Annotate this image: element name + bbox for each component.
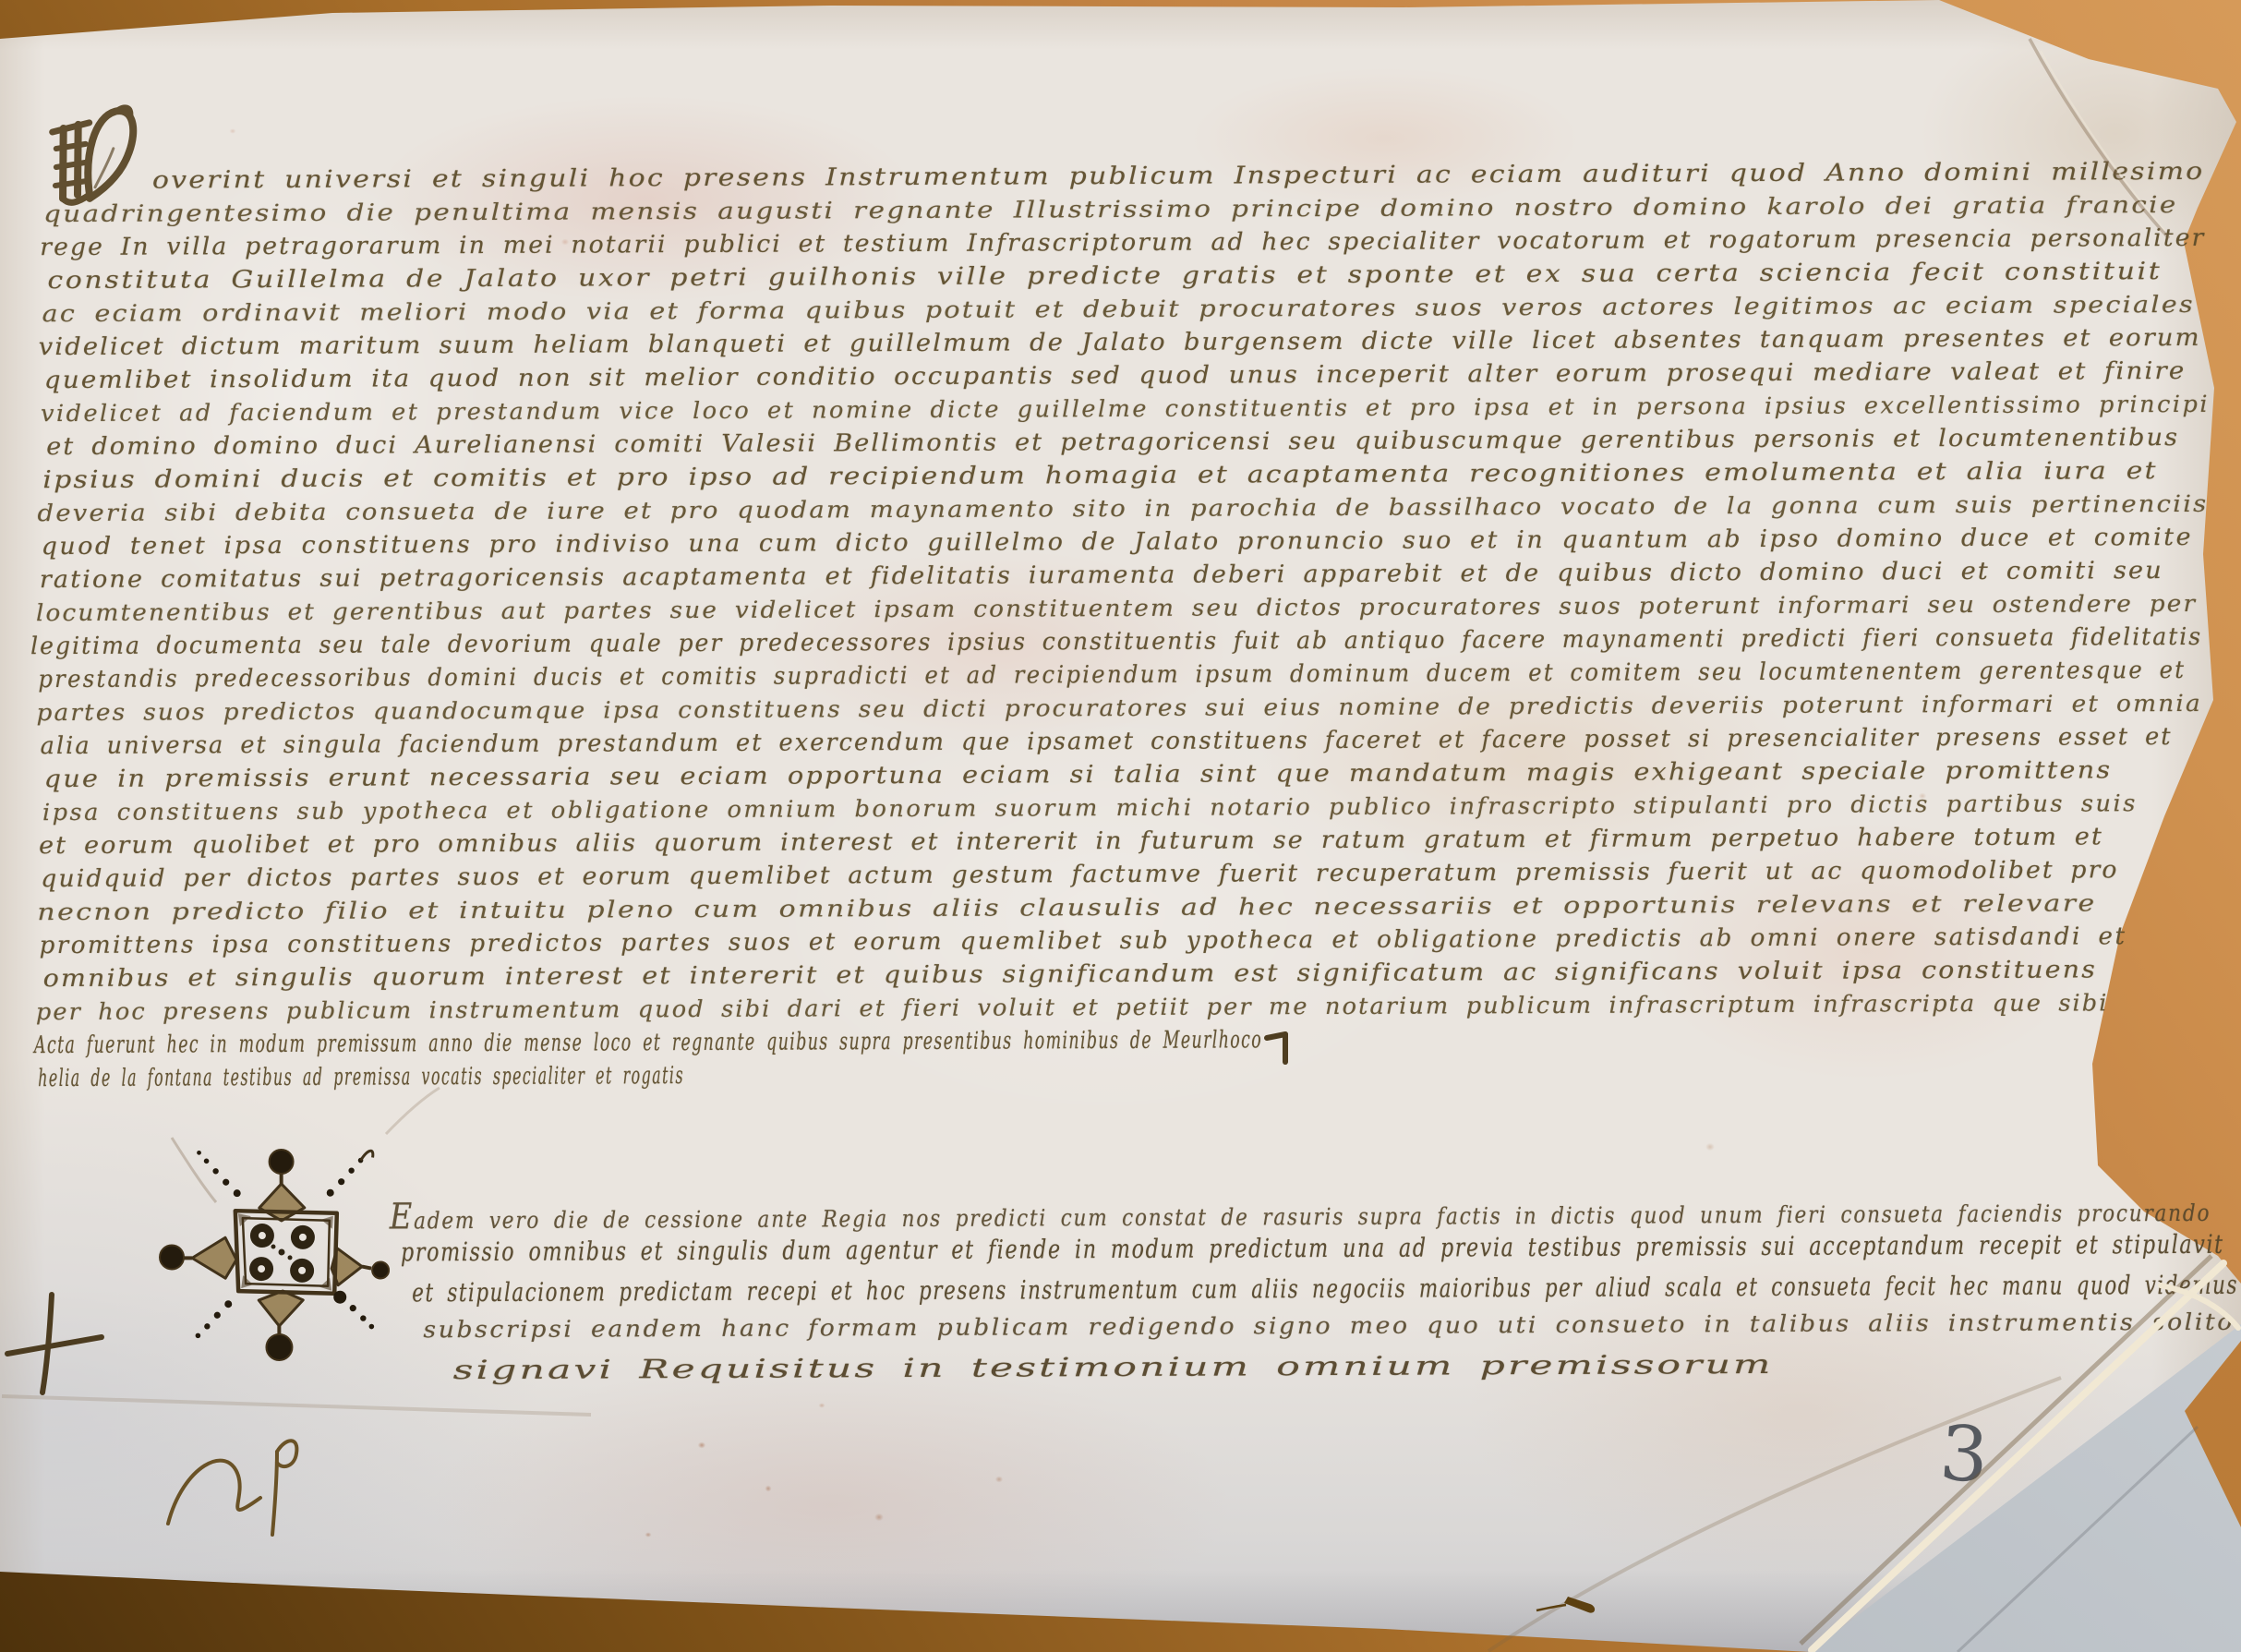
manuscript-text-line: et domino domino duci Aurelianensi comit…: [46, 424, 2179, 461]
manuscript-text-line: ipsius domini ducis et comitis et pro ip…: [42, 457, 2158, 494]
notarial-sign: [150, 1144, 391, 1371]
manuscript-text-line: ratione comitatus sui petragoricensis ac…: [40, 557, 2163, 594]
manuscript-text-line: overint universi et singuli hoc presens …: [152, 158, 2205, 195]
manuscript-text-line: videlicet ad faciendum et prestandum vic…: [41, 391, 2210, 427]
manuscript-text-line: promittens ipsa constituens predictos pa…: [39, 922, 2127, 959]
archival-number: 3: [1937, 1409, 1991, 1500]
manuscript-text-line: que in premissis erunt necessaria seu ec…: [44, 756, 2113, 793]
manuscript-text-line: necnon predicto filio et intuitu pleno c…: [37, 889, 2096, 925]
photo-of-parchment-charter: { "manuscript": { "initial": "N", "main_…: [0, 0, 2241, 1652]
manuscript-text-line: prestandis predecessoribus domini ducis …: [38, 657, 2186, 693]
manuscript-text-line: quadringentesimo die penultima mensis au…: [43, 191, 2178, 227]
manuscript-text-line: rege In villa petragorarum in mei notari…: [40, 224, 2205, 261]
manuscript-text-line: legitima documenta seu tale devorium qua…: [30, 623, 2202, 660]
manuscript-text-line: quemlibet insolidum ita quod non sit mel…: [44, 357, 2187, 394]
manuscript-text-line: ipsa constituens sub ypotheca et obligat…: [42, 790, 2138, 826]
manuscript-text-line: omnibus et singulis quorum interest et i…: [43, 956, 2097, 993]
closing-clause-line: subscripsi eandem hanc formam publicam r…: [423, 1308, 2235, 1344]
manuscript-text-line: helia de la fontana testibus ad premissa…: [38, 1062, 684, 1092]
manuscript-text-line: et eorum quolibet et pro omnibus aliis q…: [39, 823, 2103, 860]
manuscript-text-line: ac eciam ordinavit meliori modo via et f…: [42, 291, 2195, 327]
manuscript-text-line: locumtenentibus et gerentibus aut partes…: [36, 590, 2197, 626]
manuscript-text-line: quidquid per dictos partes suos et eorum…: [41, 856, 2118, 893]
manuscript-text-line: partes suos predictos quandocumque ipsa …: [36, 690, 2201, 726]
manuscript-text-line: per hoc presens publicum instrumentum qu…: [36, 989, 2109, 1025]
manuscript-text-line: deveria sibi debita consueta de iure et …: [37, 490, 2208, 526]
manuscript-text-line: videlicet dictum maritum suum heliam bla…: [39, 324, 2201, 361]
manuscript-text-line: constituta Guillelma de Jalato uxor petr…: [47, 258, 2162, 295]
closing-clause-line: signavi Requisitus in testimonium omnium…: [452, 1349, 1773, 1385]
manuscript-text: overint universi et singuli hoc presens …: [0, 0, 2241, 1652]
manuscript-text-line: alia universa et singula faciendum prest…: [41, 723, 2173, 760]
manuscript-text-line: quod tenet ipsa constituens pro indiviso…: [42, 524, 2193, 561]
closing-clause-line: et stipulacionem predictam recepi et hoc…: [412, 1270, 2238, 1308]
manuscript-text-line: Acta fuerunt hec in modum premissum anno…: [34, 1026, 1262, 1059]
